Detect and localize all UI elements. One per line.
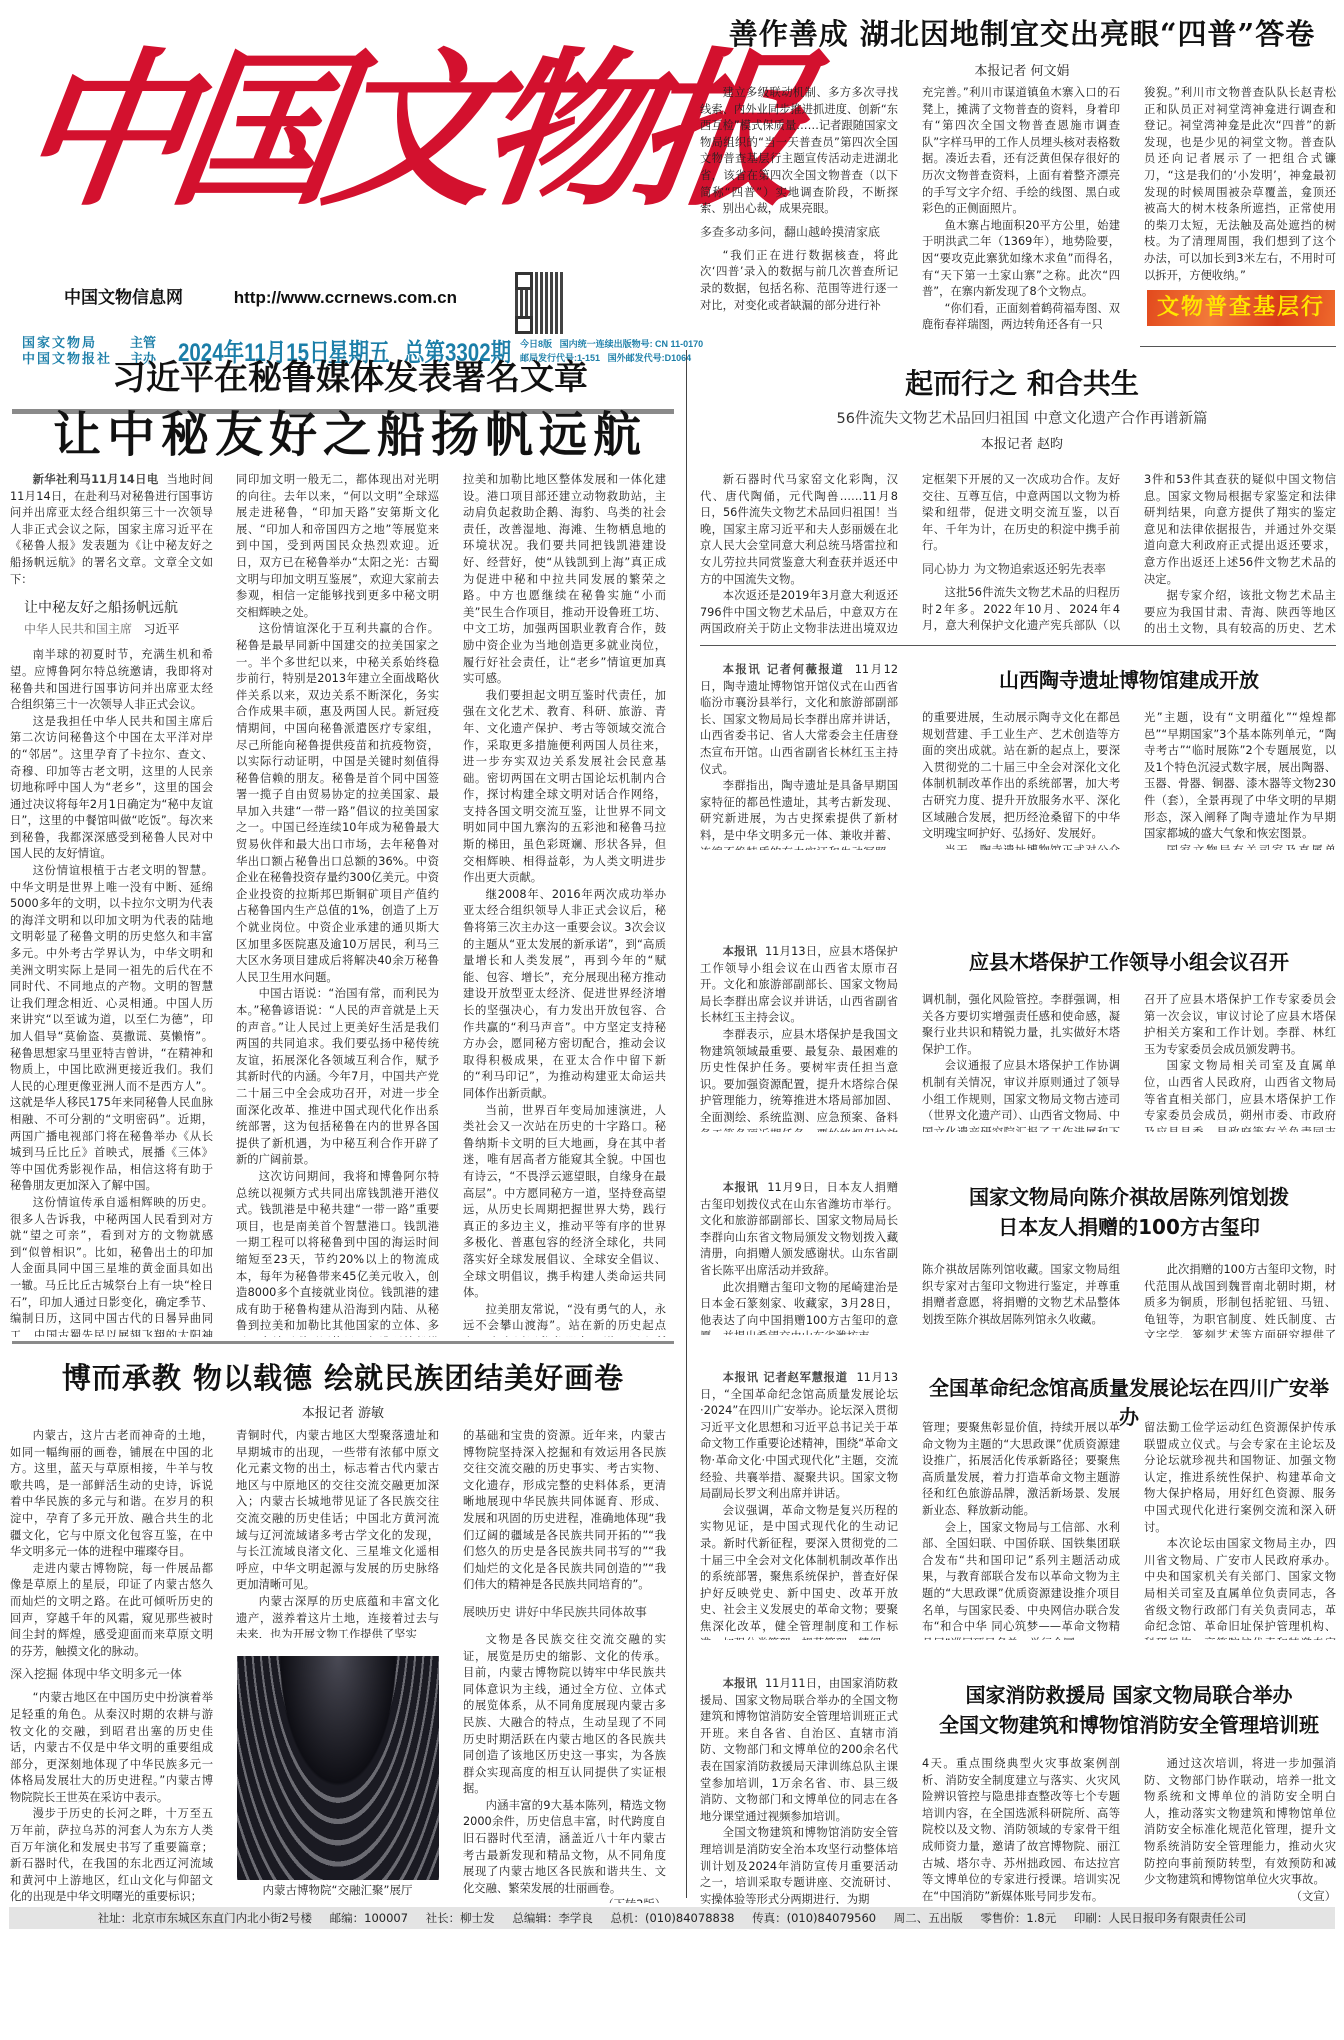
yingxian-col-3: 召开了应县木塔保护工作专家委员会第一次会议，审议讨论了应县木塔保护相关方案和工作… <box>1144 992 1336 1132</box>
hubei-continued: （下转3版） <box>1144 284 1336 285</box>
column-banner: 文物普查基层行 <box>1147 290 1335 326</box>
museum-col-2: 青铜时代，内蒙古地区大型聚落遗址和早期城市的出现，一些带有浓郁中原文化元素文物的… <box>236 1428 439 1638</box>
museum-col-1: 内蒙古，这片古老而神奇的土地，如同一幅绚丽的画卷，铺展在中国的北方。这里，蓝天与… <box>10 1428 213 1903</box>
fire-headline-line-1: 国家消防救援局 国家文物局联合举办 <box>922 1680 1336 1710</box>
inner-title: 让中秘友好之船扬帆远航 <box>24 600 213 617</box>
repatriation-col-1: 新石器时代马家窑文化彩陶，汉代、唐代陶俑，元代陶兽……11月8日，56件流失文物… <box>700 472 898 634</box>
taosi-lead-in: 本报讯 记者何薇报道 <box>723 663 845 676</box>
repatriation-subtitle: 56件流失文物艺术品回归祖国 中意文化遗产合作再谱新篇 <box>700 407 1344 428</box>
publisher-line-1: 国家文物局 <box>22 335 112 351</box>
hubei-subhead: 多查多动多问，翻山越岭摸清家底 <box>700 224 898 240</box>
masthead-title: 中国文物报 <box>1 0 659 270</box>
museum-subhead-2: 展映历史 讲好中华民族共同体故事 <box>463 1604 666 1620</box>
footer-price: 零售价：1.8元 <box>980 1911 1056 1925</box>
lead-dateline: 新华社利马11月14日电 <box>33 473 159 486</box>
seal-lead-in: 本报讯 <box>723 1181 759 1194</box>
cn-number: 国内统一连续出版物号: CN 11-0170 <box>560 339 704 349</box>
column-divider <box>686 350 687 1898</box>
site-url[interactable]: http://www.ccrnews.com.cn <box>234 288 457 307</box>
footer-schedule: 周二、五出版 <box>894 1911 963 1925</box>
footer-postcode: 邮编：100007 <box>330 1911 408 1925</box>
forum-col-2: 管理；要聚焦彰显价值，持续开展以革命文物为主题的“大思政课”优质资源建设推广，拓… <box>922 1420 1120 1640</box>
footer-address: 社址：北京市东城区东直门内北小街2号楼 <box>98 1911 312 1925</box>
hubei-col-3: 狻猊。”利川市文物普查队队长赵青松正和队员正对祠堂湾神龛进行调查和登记。祠堂湾神… <box>1144 85 1336 285</box>
site-name: 中国文物信息网 <box>64 288 183 307</box>
repatriation-col-2: 定框架下开展的又一次成功合作。友好交往、互尊互信，中意两国以文物为桥梁和纽带，促… <box>922 472 1120 634</box>
repatriation-headline[interactable]: 起而行之 和合共生 <box>700 362 1344 402</box>
fire-col-2: 4天。重点围绕典型火灾事故案例剖析、消防安全制度建立与落实、火灾风险辨识管控与隐… <box>922 1756 1120 1904</box>
taosi-headline[interactable]: 山西陶寺遗址博物馆建成开放 <box>922 664 1336 693</box>
taosi-col-2: 的重要进展，生动展示陶寺文化在都邑规划营建、手工业生产、艺术创造等方面的突出成就… <box>922 710 1120 850</box>
hubei-col-2: 充完善。”利川市谋道镇鱼木寨入口的石凳上，摊满了文物普查的资料，身着印有“第四次… <box>922 85 1120 345</box>
lead-col-3: 拉美和加勒比地区整体发展和一体化建设。港口项目部还建立动物救助站，主动肩负起救助… <box>463 472 666 1337</box>
repatriation-col-3: 3件和53件其查获的疑似中国文物信息。国家文物局根据专家鉴定和法律研判结果，向意… <box>1144 472 1336 634</box>
divider <box>1140 346 1336 347</box>
forum-lead-in: 本报讯 记者赵军慧报道 <box>723 1371 848 1384</box>
yingxian-col-1: 本报讯 11月13日，应县木塔保护工作领导小组会议在山西省太原市召开。文化和旅游… <box>700 944 898 1132</box>
museum-byline: 本报记者 游敏 <box>0 1402 686 1421</box>
seal-col-3: 此次捐赠的100方古玺印文物，时代范围从战国到魏晋南北朝时期，材质多为铜质，形制… <box>1144 1262 1336 1338</box>
fire-col-1: 本报讯 11月11日，由国家消防救援局、国家文物局联合举办的全国文物建筑和博物馆… <box>700 1676 898 1904</box>
museum-headline[interactable]: 博而承教 物以载德 绘就民族团结美好画卷 <box>0 1356 686 1397</box>
seal-headline-line-1: 国家文物局向陈介祺故居陈列馆划拨 <box>922 1182 1336 1212</box>
forum-col-3: 留法勤工俭学运动红色资源保护传承联盟成立仪式。与会专家在主论坛及分论坛就珍视共和… <box>1144 1420 1336 1640</box>
photo-caption: 内蒙古博物院“交融汇聚”展厅 <box>236 1882 439 1898</box>
footer-president: 社长：柳士发 <box>426 1911 495 1925</box>
fire-col-3: 通过这次培训，将进一步加强消防、文物部门协作联动，培养一批文物系统和文博单位的消… <box>1144 1756 1336 1904</box>
lead-headline[interactable]: 让中秘友好之船扬帆远航 <box>0 396 700 465</box>
lead-col-1: 新华社利马11月14日电 当地时间11月14日，在赴利马对秘鲁进行国事访问并出席… <box>10 472 213 1337</box>
seal-headline-line-2: 日本友人捐赠的100方古玺印 <box>922 1212 1336 1242</box>
forum-col-1: 本报讯 记者赵军慧报道 11月13日，“全国革命纪念馆高质量发展论坛·2024”… <box>700 1370 898 1640</box>
role-line-1: 主管 <box>130 335 156 351</box>
taosi-col-3: 光”主题，设有“文明蕴化”“煌煌都邑”“早期国家”3个基本陈列单元，“陶寺考古”… <box>1144 710 1336 850</box>
museum-subhead-1: 深入挖掘 体现中华文明多元一体 <box>10 1666 213 1682</box>
seal-col-1: 本报讯 11月9日，日本友人捐赠古玺印划拨仪式在山东省潍坊市举行。文化和旅游部副… <box>700 1180 898 1335</box>
repatriation-byline: 本报记者 赵昀 <box>700 433 1344 452</box>
lead-kicker: 习近平在秘鲁媒体发表署名文章 <box>0 350 700 399</box>
inner-author-line: 中华人民共和国主席 习近平 <box>24 621 213 638</box>
fire-headline-line-2: 全国文物建筑和博物馆消防安全管理培训班 <box>922 1710 1336 1740</box>
fire-headline[interactable]: 国家消防救援局 国家文物局联合举办 全国文物建筑和博物馆消防安全管理培训班 <box>922 1680 1336 1740</box>
site-line: 中国文物信息网 http://www.ccrnews.com.cn <box>64 283 503 308</box>
footer-fax: 传真：(010)84079560 <box>752 1911 876 1925</box>
fire-lead-in: 本报讯 <box>723 1677 758 1690</box>
hubei-byline: 本报记者 何文娟 <box>700 60 1344 79</box>
qr-code-icon <box>515 272 563 334</box>
hubei-headline[interactable]: 善作善成 湖北因地制宜交出亮眼“四普”答卷 <box>700 12 1344 53</box>
pages-today: 今日8版 <box>520 339 552 349</box>
footer-imprint: 社址：北京市东城区东直门内北小街2号楼 邮编：100007 社长：柳士发 总编辑… <box>9 1907 1335 1929</box>
museum-hall-photo <box>237 1656 439 1880</box>
repatriation-subhead: 同心协力 为文物追索返还躬先表率 <box>922 561 1120 577</box>
divider <box>700 645 1336 646</box>
footer-printer: 印刷：人民日报印务有限责任公司 <box>1074 1911 1247 1925</box>
fire-signoff: （文宣） <box>1144 1889 1336 1904</box>
taosi-col-1: 本报讯 记者何薇报道 11月12日，陶寺遗址博物馆开馆仪式在山西省临汾市襄汾县举… <box>700 662 898 850</box>
footer-switchboard: 总机：(010)84078838 <box>611 1911 735 1925</box>
museum-continued: （下转2版） <box>463 1897 666 1903</box>
lead-col-2: 同印加文明一般无二，都体现出对光明的向往。去年以来，“何以文明”全球巡展走进秘鲁… <box>236 472 439 1337</box>
yingxian-headline[interactable]: 应县木塔保护工作领导小组会议召开 <box>922 946 1336 975</box>
yingxian-lead-in: 本报讯 <box>723 945 758 958</box>
seal-col-2: 陈介祺故居陈列馆收藏。国家文物局组织专家对古玺印文物进行鉴定，并尊重捐赠者意愿，… <box>922 1262 1120 1338</box>
museum-col-3: 的基础和宝贵的资源。近年来，内蒙古博物院坚持深入挖掘和有效运用各民族交往交流交融… <box>463 1428 666 1903</box>
seal-headline[interactable]: 国家文物局向陈介祺故居陈列馆划拨 日本友人捐赠的100方古玺印 <box>922 1182 1336 1242</box>
hubei-col-1: 建立多级联动机制、多方多次寻找线索、内外业同步推进抓进度、创新“东西互检”模式保… <box>700 85 898 345</box>
yingxian-col-2: 调机制，强化风险管控。李群强调，相关各方要切实增强责任感和使命感，凝聚行业共识和… <box>922 992 1120 1132</box>
footer-chief-editor: 总编辑：李学良 <box>512 1911 593 1925</box>
section-rule <box>12 1341 674 1344</box>
